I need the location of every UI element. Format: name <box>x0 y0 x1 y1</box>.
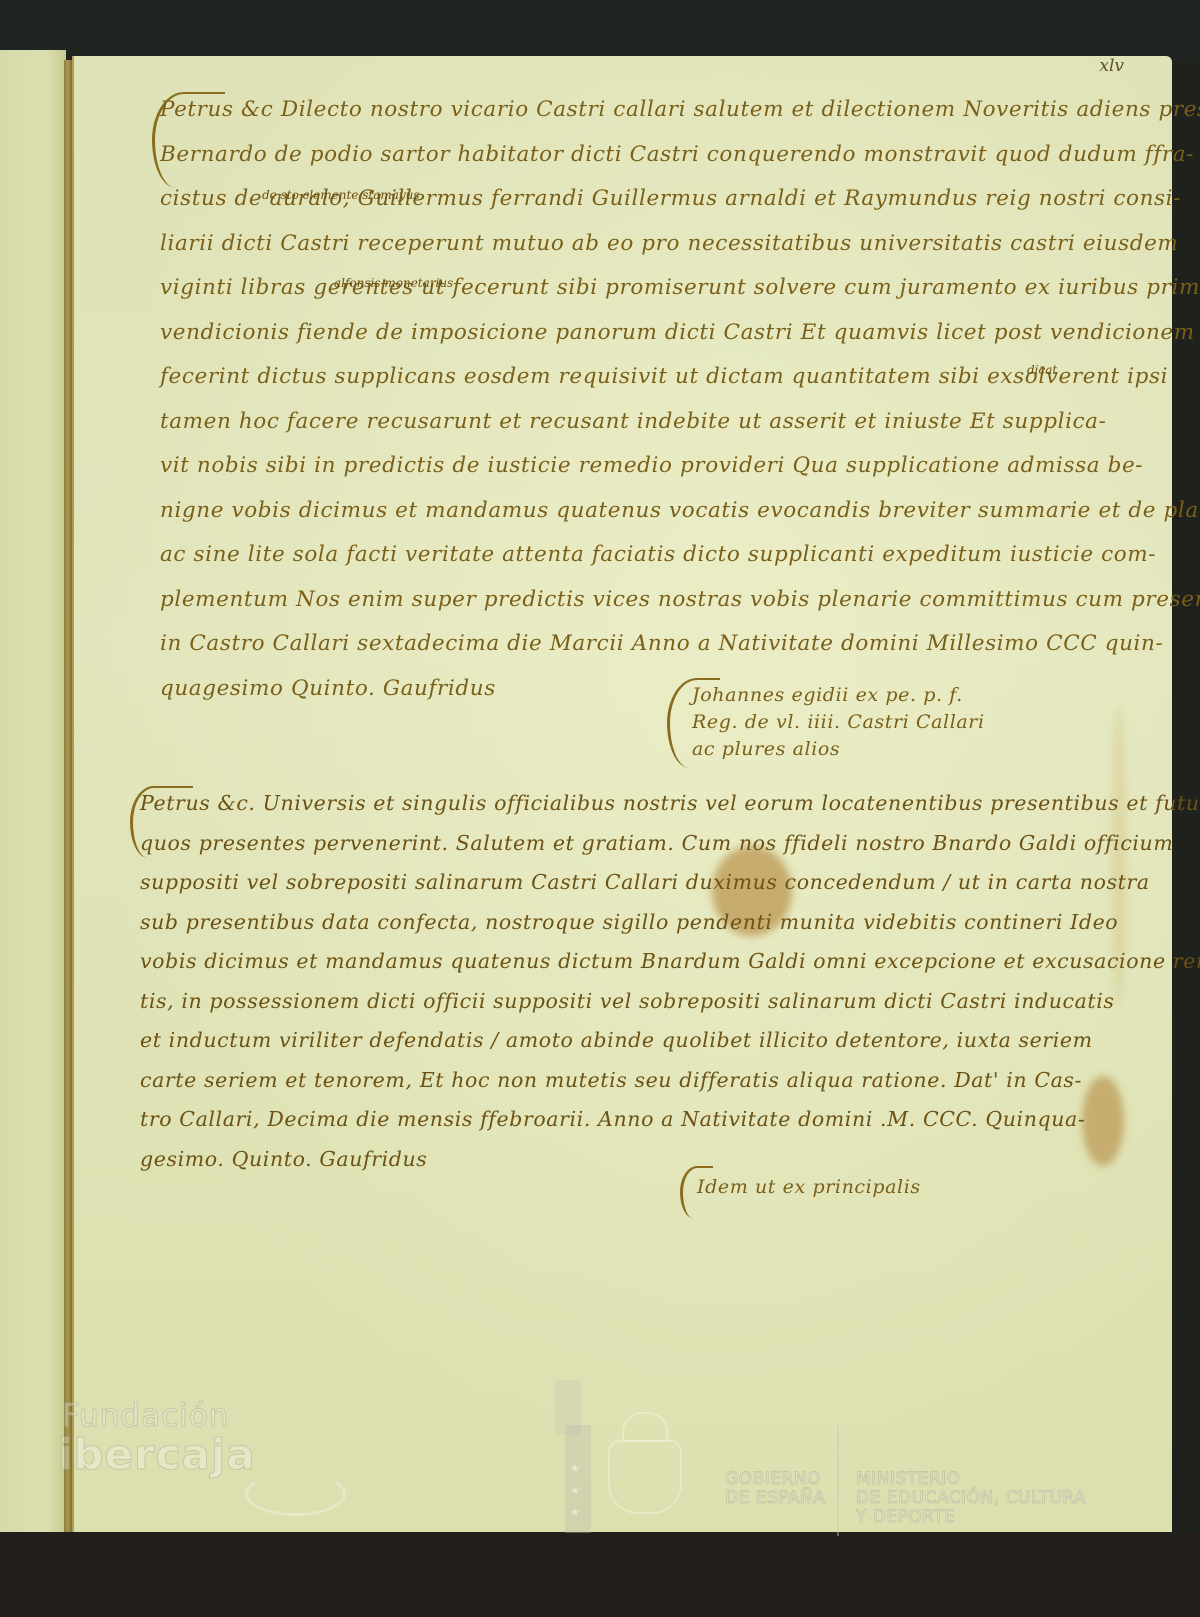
interlinear-note: de sto clemente stamayus <box>262 188 420 202</box>
royal-crown-icon <box>622 1412 668 1442</box>
text-line: Petrus &c Dilecto nostro vicario Castri … <box>160 88 1200 133</box>
manuscript-page: xlv Petrus &c Dilecto nostro vicario Cas… <box>72 56 1172 1536</box>
entry-1-subscription: Johannes egidii ex pe. p. f. Reg. de vl.… <box>692 682 985 763</box>
fundacion-ibercaja-watermark: Fundación <box>62 1398 229 1434</box>
text-line: nigne vobis dicimus et mandamus quatenus… <box>160 489 1200 534</box>
star-icon: ★ <box>570 1484 580 1497</box>
text-line: gesimo. Quinto. Gaufridus <box>140 1140 1200 1180</box>
scan-background-top <box>0 0 1200 62</box>
text-line: tro Callari, Decima die mensis ffebroari… <box>140 1100 1200 1140</box>
folio-number: xlv <box>1099 56 1124 76</box>
gobierno-line: GOBIERNO <box>725 1470 825 1489</box>
text-line: plementum Nos enim super predictis vices… <box>160 578 1200 623</box>
text-line: et inductum viriliter defendatis / amoto… <box>140 1021 1200 1061</box>
ibercaja-logo-watermark: ibercaja <box>58 1430 256 1479</box>
subscription-line: Idem ut ex principalis <box>697 1174 921 1201</box>
interlinear-note: alfonsis monetarius <box>334 276 453 290</box>
text-line: viginti libras gerentes ut fecerunt sibi… <box>160 266 1200 311</box>
gobierno-line: DE ESPAÑA <box>725 1489 825 1508</box>
ibercaja-swoosh-icon <box>245 1472 346 1516</box>
text-line: Bernardo de podio sartor habitator dicti… <box>160 133 1200 178</box>
text-line: in Castro Callari sextadecima die Marcii… <box>160 622 1200 667</box>
subscription-line: ac plures alios <box>692 736 985 763</box>
text-line: vit nobis sibi in predictis de iusticie … <box>160 444 1200 489</box>
interlinear-note: dicat <box>1027 363 1057 377</box>
text-line: sub presentibus data confecta, nostroque… <box>140 903 1200 943</box>
subscription-line: Johannes egidii ex pe. p. f. <box>692 682 985 709</box>
ministerio-line: DE EDUCACIÓN, CULTURA <box>856 1489 1086 1508</box>
entry-2-subscription: Idem ut ex principalis <box>697 1174 921 1201</box>
star-icon: ★ <box>570 1506 580 1519</box>
entry-1-text: Petrus &c Dilecto nostro vicario Castri … <box>160 88 1200 711</box>
ministerio-line: Y DEPORTE <box>856 1508 1086 1527</box>
text-line: ac sine lite sola facti veritate attenta… <box>160 533 1200 578</box>
binding-gutter <box>64 60 72 1540</box>
text-line: Petrus &c. Universis et singulis officia… <box>140 784 1200 824</box>
text-line: quos presentes pervenerint. Salutem et g… <box>140 824 1200 864</box>
text-line: tis, in possessionem dicti officii suppo… <box>140 982 1200 1022</box>
star-icon: ★ <box>570 1462 580 1475</box>
facing-page-edge <box>0 50 66 1540</box>
entry-2-text: Petrus &c. Universis et singulis officia… <box>140 784 1200 1179</box>
text-line: carte seriem et tenorem, Et hoc non mute… <box>140 1061 1200 1101</box>
watermark-divider <box>837 1426 839 1536</box>
text-line: vendicionis fiende de imposicione panoru… <box>160 311 1200 356</box>
ministerio-watermark: MINISTERIO DE EDUCACIÓN, CULTURA Y DEPOR… <box>856 1470 1086 1527</box>
gobierno-espana-watermark: GOBIERNO DE ESPAÑA <box>725 1470 825 1508</box>
text-line: vobis dicimus et mandamus quatenus dictu… <box>140 942 1200 982</box>
text-line: fecerint dictus supplicans eosdem requis… <box>160 355 1200 400</box>
text-line: tamen hoc facere recusarunt et recusant … <box>160 400 1200 445</box>
coat-of-arms-icon <box>608 1440 682 1514</box>
text-line: suppositi vel sobrepositi salinarum Cast… <box>140 863 1200 903</box>
text-line: liarii dicti Castri receperunt mutuo ab … <box>160 222 1200 267</box>
scan-background-bottom <box>0 1532 1200 1617</box>
subscription-line: Reg. de vl. iiii. Castri Callari <box>692 709 985 736</box>
ministerio-line: MINISTERIO <box>856 1470 1086 1489</box>
